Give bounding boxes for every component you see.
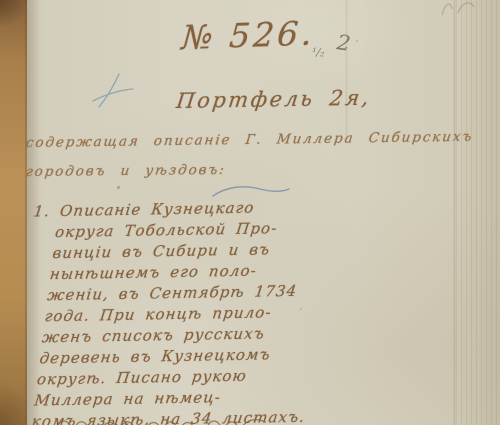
pencil-fraction: ¹/₂ [311, 45, 325, 59]
pencil-number: 2 [335, 30, 352, 56]
subtitle-line-1: содержащая описаніе Г. Миллера Сибирских… [25, 129, 474, 151]
ink-speck [117, 186, 120, 189]
fore-edge [456, 0, 500, 425]
entry-line: винціи въ Сибири и въ [51, 239, 304, 264]
subtitle-line-2: городовъ и уѣздовъ: [25, 162, 227, 180]
cut-off-line [55, 416, 270, 425]
manuscript-page: № 526. ¹/₂ 2 Портфель 2я, содержащая опи… [0, 0, 500, 425]
ink-speck [356, 40, 358, 42]
paper-fold-line [345, 0, 348, 140]
document-number: № 526. [180, 13, 316, 57]
entry-line: деревень въ Кузнецкомъ [38, 344, 291, 369]
pencil-folio-mark [437, 0, 477, 17]
ink-speck [300, 308, 302, 310]
portfolio-title: Портфель 2я, [175, 86, 373, 113]
entry-description: 1. Описаніе Кузнецкаго округа Тобольской… [31, 197, 309, 425]
binding-edge [0, 0, 27, 425]
blue-x-mark [90, 70, 136, 110]
